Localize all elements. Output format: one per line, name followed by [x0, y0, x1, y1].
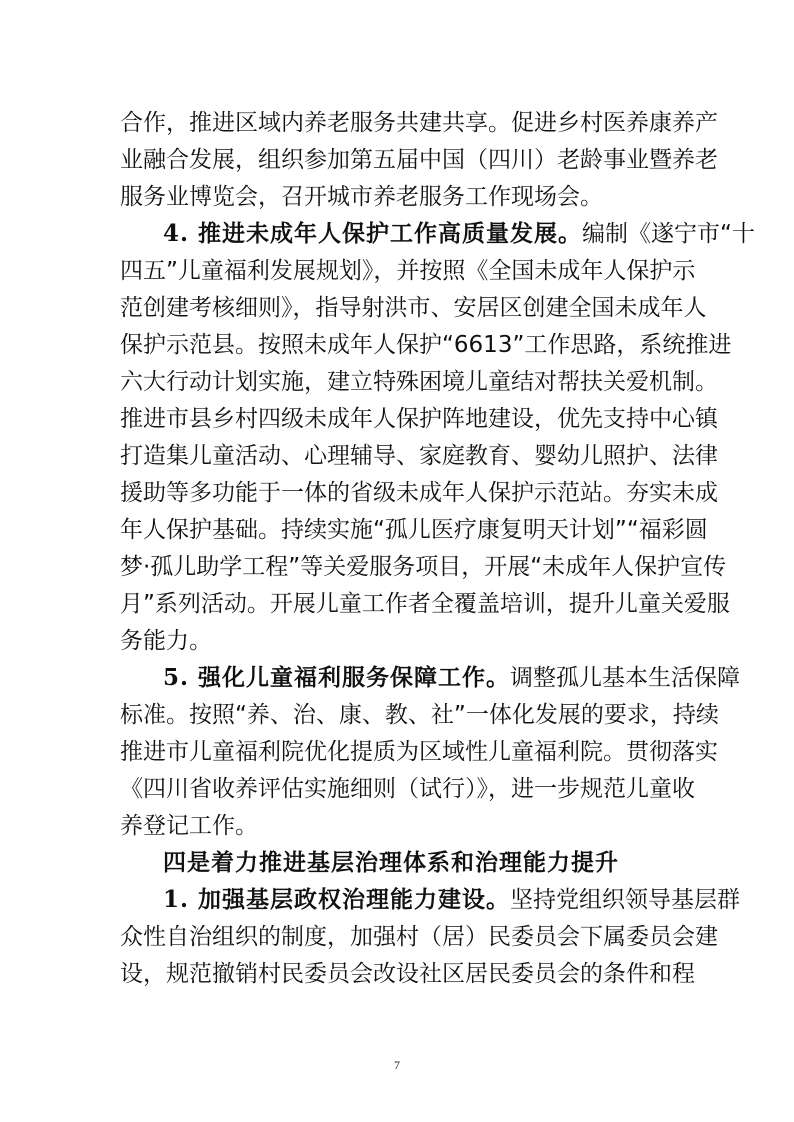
- text-line: 《四川省收养评估实施细则（试行）》，进一步规范儿童收: [120, 774, 674, 804]
- text-span: 编制《遂宁市“十: [582, 221, 755, 247]
- item-5-first-line: 5. 强化儿童福利服务保障工作。调整孤儿基本生活保障: [163, 663, 674, 693]
- document-page: 合作，推进区域内养老服务共建共享。促进乡村医养康养产 业融合发展，组织参加第五届…: [0, 0, 794, 1122]
- text-line: 务能力。: [120, 626, 674, 656]
- text-line: 推进市儿童福利院优化提质为区域性儿童福利院。贯彻落实: [120, 737, 674, 767]
- text-line: 合作，推进区域内养老服务共建共享。促进乡村医养康养产: [120, 108, 674, 138]
- text-line: 四五”儿童福利发展规划》，并按照《全国未成年人保护示: [120, 256, 674, 286]
- item-5-heading: 5. 强化儿童福利服务保障工作。: [163, 664, 510, 691]
- text-line: 众性自治组织的制度，加强村（居）民委员会下属委员会建: [120, 922, 674, 952]
- text-line: 月”系列活动。开展儿童工作者全覆盖培训，提升儿童关爱服: [120, 589, 674, 619]
- text-line: 推进市县乡村四级未成年人保护阵地建设，优先支持中心镇: [120, 404, 674, 434]
- text-line: 保护示范县。按照未成年人保护“6613”工作思路，系统推进: [120, 330, 674, 360]
- text-line: 标准。按照“养、治、康、教、社”一体化发展的要求，持续: [120, 700, 674, 730]
- text-line: 梦·孤儿助学工程”等关爱服务项目，开展“未成年人保护宣传: [120, 552, 674, 582]
- page-number: 7: [0, 1058, 794, 1073]
- text-line: 援助等多功能于一体的省级未成年人保护示范站。夯实未成: [120, 478, 674, 508]
- text-line: 服务业博览会，召开城市养老服务工作现场会。: [120, 182, 674, 212]
- item-4-heading: 4. 推进未成年人保护工作高质量发展。: [163, 220, 582, 247]
- text-line: 范创建考核细则》，指导射洪市、安居区创建全国未成年人: [120, 293, 674, 323]
- text-line: 设，规范撤销村民委员会改设社区居民委员会的条件和程: [120, 959, 674, 989]
- text-span: 调整孤儿基本生活保障: [510, 665, 740, 691]
- section-heading: 四是着力推进基层治理体系和治理能力提升: [163, 848, 674, 878]
- text-span: 坚持党组织领导基层群: [510, 887, 740, 913]
- text-line: 年人保护基础。持续实施“孤儿医疗康复明天计划”“福彩圆: [120, 515, 674, 545]
- text-line: 六大行动计划实施，建立特殊困境儿童结对帮扶关爱机制。: [120, 367, 674, 397]
- item-1-first-line: 1. 加强基层政权治理能力建设。坚持党组织领导基层群: [163, 885, 674, 915]
- item-4-first-line: 4. 推进未成年人保护工作高质量发展。编制《遂宁市“十: [163, 219, 674, 249]
- item-1-heading: 1. 加强基层政权治理能力建设。: [163, 886, 510, 913]
- text-line: 打造集儿童活动、心理辅导、家庭教育、婴幼儿照护、法律: [120, 441, 674, 471]
- text-line: 养登记工作。: [120, 811, 674, 841]
- text-line: 业融合发展，组织参加第五届中国（四川）老龄事业暨养老: [120, 145, 674, 175]
